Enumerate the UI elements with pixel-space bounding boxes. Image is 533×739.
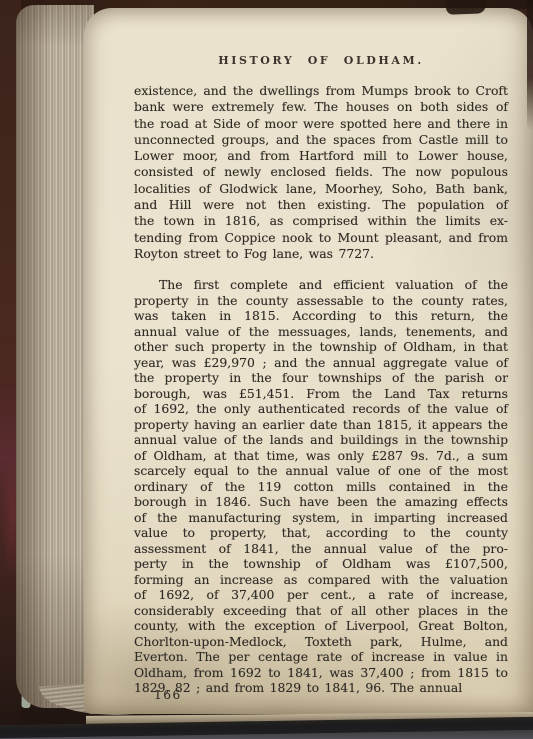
text-line: consisted of newly enclosed fields. The … <box>134 164 508 180</box>
text-block: HISTORY OF OLDHAM. existence, and the dw… <box>134 54 508 714</box>
text-line: of the manufacturing system, in impartin… <box>134 510 508 526</box>
text-line: county, with the exception of Liverpool,… <box>134 618 508 634</box>
text-line: value to property, that, according to th… <box>134 525 508 541</box>
text-line: of 1692, the only authenticated records … <box>134 401 508 417</box>
text-line: annual value of the messuages, lands, te… <box>134 324 508 340</box>
text-line: of Oldham, at that time, was only £287 9… <box>134 448 508 464</box>
paragraph-1: existence, and the dwellings from Mumps … <box>134 83 508 262</box>
text-line: Lower moor, and from Hartford mill to Lo… <box>134 148 508 164</box>
text-line: ordinary of the 119 cotton mills contain… <box>134 479 508 495</box>
text-line: localities of Glodwick lane, Moorhey, So… <box>134 181 508 197</box>
text-line: Chorlton-upon-Medlock, Toxteth park, Hul… <box>134 634 508 650</box>
text-line: unconnected groups, and the spaces from … <box>134 132 508 148</box>
text-line: borough in 1846. Such have been the amaz… <box>134 494 508 510</box>
page-number: 166 <box>154 688 182 702</box>
text-line: was taken in 1815. According to this ret… <box>134 308 508 324</box>
text-line: property having an earlier date than 181… <box>134 417 508 433</box>
text-line: year, was £29,970 ; and the annual aggre… <box>134 355 508 371</box>
text-line: scarcely equal to the annual value of on… <box>134 463 508 479</box>
text-line: annual value of the lands and buildings … <box>134 432 508 448</box>
text-line: tending from Coppice nook to Mount pleas… <box>134 230 508 246</box>
text-line: of 1692, of 37,400 per cent., a rate of … <box>134 587 508 603</box>
text-line: perty in the township of Oldham was £107… <box>134 556 508 572</box>
text-line: other such property in the township of O… <box>134 339 508 355</box>
text-line: Everton. The per centage rate of increas… <box>134 649 508 665</box>
book-page: HISTORY OF OLDHAM. existence, and the dw… <box>84 8 533 714</box>
text-line: and Hill were not then existing. The pop… <box>134 197 508 213</box>
text-line: forming an increase as compared with the… <box>134 572 508 588</box>
text-line: Royton street to Fog lane, was 7727. <box>134 246 508 262</box>
book-cover-right-edge <box>527 0 533 130</box>
paragraph-2: The first complete and efficient valuati… <box>134 277 508 696</box>
page-edge-stack <box>16 5 94 708</box>
book-cover-corner-bump <box>446 0 486 15</box>
text-line: the property in the four townships of th… <box>134 370 508 386</box>
book-photo: HISTORY OF OLDHAM. existence, and the dw… <box>0 0 533 739</box>
text-line: considerably exceeding that of all other… <box>134 603 508 619</box>
text-line: assessment of 1841, the annual value of … <box>134 541 508 557</box>
text-line: 1829, 82 ; and from 1829 to 1841, 96. Th… <box>134 680 508 696</box>
text-line: bank were extremely few. The houses on b… <box>134 99 508 115</box>
text-line: borough, was £51,451. From the Land Tax … <box>134 386 508 402</box>
running-head: HISTORY OF OLDHAM. <box>134 54 508 67</box>
text-line: Oldham, from 1692 to 1841, was 37,400 ; … <box>134 665 508 681</box>
text-line: property in the county assessable to the… <box>134 293 508 309</box>
text-line: the road at Side of moor were spotted he… <box>134 116 508 132</box>
text-line: existence, and the dwellings from Mumps … <box>134 83 508 99</box>
text-line: the town in 1816, as comprised within th… <box>134 213 508 229</box>
text-line: The first complete and efficient valuati… <box>134 277 508 293</box>
